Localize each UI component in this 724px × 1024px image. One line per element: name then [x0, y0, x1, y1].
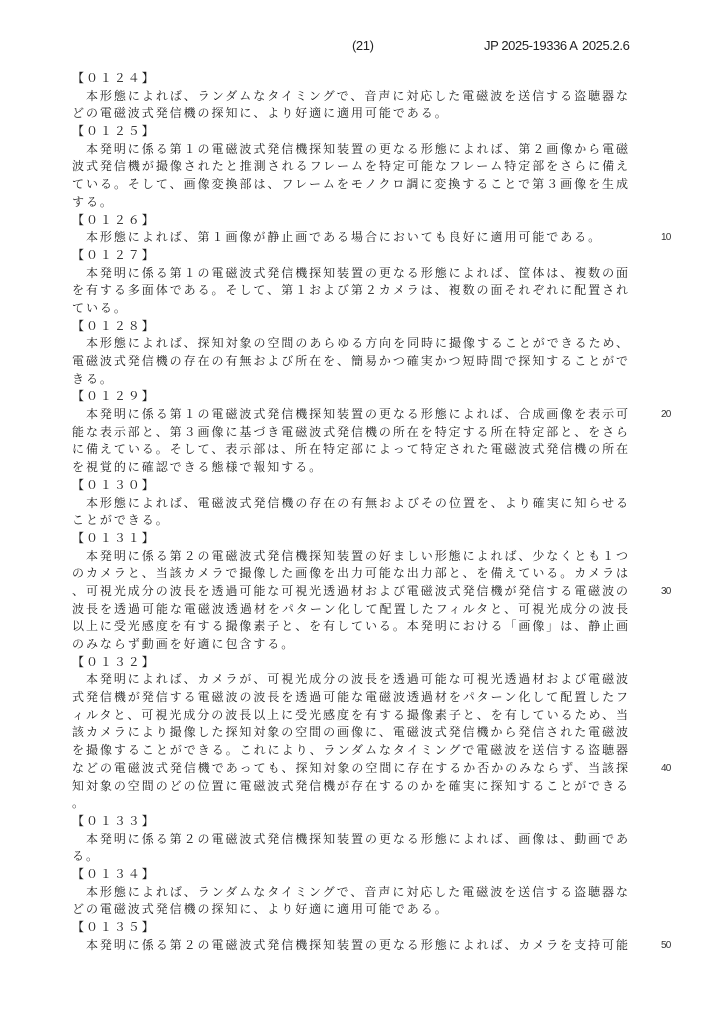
paragraph-0127: 【０１２７】 本発明に係る第１の電磁波式発信機探知装置の更なる形態によれば、筐体…	[72, 247, 630, 318]
paragraph-line: 本発明に係る第２の電磁波式発信機探知装置の更なる形態によれば、画像は、動画であ	[72, 831, 630, 849]
paragraph-line: 、可視光成分の波長を透過可能な可視光透過材および電磁波式発信機が発信する電磁波の	[72, 583, 630, 601]
paragraph-0129: 【０１２９】 本発明に係る第１の電磁波式発信機探知装置の更なる形態によれば、合成…	[72, 388, 630, 476]
paragraph-line: 知対象の空間のどの位置に電磁波式発信機が存在するのかを確実に探知することができる	[72, 778, 630, 796]
paragraph-line: 本発明に係る第１の電磁波式発信機探知装置の更なる形態によれば、筐体は、複数の面	[72, 265, 630, 283]
document-body: 【０１２４】 本形態によれば、ランダムなタイミングで、音声に対応した電磁波を送信…	[72, 70, 630, 954]
paragraph-number: 【０１２８】	[72, 318, 630, 336]
paragraph-line: 本形態によれば、ランダムなタイミングで、音声に対応した電磁波を送信する盗聴器な	[72, 88, 630, 106]
paragraph-line: どの電磁波式発信機の探知に、より好適に適用可能である。	[72, 105, 630, 123]
paragraph-line: ている。	[72, 300, 630, 318]
paragraph-number: 【０１３０】	[72, 477, 630, 495]
paragraph-line: 本発明に係る第２の電磁波式発信機探知装置の更なる形態によれば、カメラを支持可能	[72, 937, 630, 955]
paragraph-line: 本発明に係る第１の電磁波式発信機探知装置の更なる形態によれば、合成画像を表示可	[72, 406, 630, 424]
paragraph-line: に備えている。そして、表示部は、所在特定部によって特定された電磁波式発信機の所在	[72, 441, 630, 459]
paragraph-number: 【０１３１】	[72, 530, 630, 548]
paragraph-line: ィルタと、可視光成分の波長以上に受光感度を有する撮像素子と、を有しているため、当	[72, 707, 630, 725]
paragraph-line: 電磁波式発信機の存在の有無および所在を、簡易かつ確実かつ短時間で探知することがで	[72, 353, 630, 371]
publication-date: 2025.2.6	[582, 38, 629, 54]
margin-line-number-30: 30	[661, 583, 671, 601]
paragraph-number: 【０１２７】	[72, 247, 630, 265]
paragraph-0132: 【０１３２】 本発明によれば、カメラが、可視光成分の波長を透過可能な可視光透過材…	[72, 654, 630, 813]
paragraph-0135: 【０１３５】 本発明に係る第２の電磁波式発信機探知装置の更なる形態によれば、カメ…	[72, 919, 630, 954]
paragraph-0128: 【０１２８】 本形態によれば、探知対象の空間のあらゆる方向を同時に撮像することが…	[72, 318, 630, 389]
paragraph-line: 該カメラにより撮像した探知対象の空間の画像に、電磁波式発信機から発信された電磁波	[72, 724, 630, 742]
paragraph-line: を視覚的に確認できる態様で報知する。	[72, 459, 630, 477]
paragraph-line: ことができる。	[72, 512, 630, 530]
paragraph-0130: 【０１３０】 本形態によれば、電磁波式発信機の存在の有無およびその位置を、より確…	[72, 477, 630, 530]
paragraph-line: る。	[72, 848, 630, 866]
paragraph-line: する。	[72, 194, 630, 212]
paragraph-line: ている。そして、画像変換部は、フレームをモノクロ調に変換することで第３画像を生成	[72, 176, 630, 194]
paragraph-line: を有する多面体である。そして、第１および第２カメラは、複数の面それぞれに配置され	[72, 282, 630, 300]
margin-line-number-20: 20	[661, 406, 671, 424]
paragraph-number: 【０１３５】	[72, 919, 630, 937]
paragraph-number: 【０１３２】	[72, 654, 630, 672]
paragraph-line: 本形態によれば、第１画像が静止画である場合においても良好に適用可能である。	[72, 229, 630, 247]
paragraph-0134: 【０１３４】 本形態によれば、ランダムなタイミングで、音声に対応した電磁波を送信…	[72, 866, 630, 919]
paragraph-0124: 【０１２４】 本形態によれば、ランダムなタイミングで、音声に対応した電磁波を送信…	[72, 70, 630, 123]
paragraph-0125: 【０１２５】 本発明に係る第１の電磁波式発信機探知装置の更なる形態によれば、第２…	[72, 123, 630, 211]
paragraph-line: 本形態によれば、探知対象の空間のあらゆる方向を同時に撮像することができるため、	[72, 335, 630, 353]
paragraph-line: 本発明に係る第２の電磁波式発信機探知装置の好ましい形態によれば、少なくとも１つ	[72, 548, 630, 566]
paragraph-line: 波式発信機が撮像されたと推測されるフレームを特定可能なフレーム特定部をさらに備え	[72, 158, 630, 176]
paragraph-line: 。	[72, 795, 630, 813]
paragraph-line: 式発信機が発信する電磁波の波長を透過可能な電磁波透過材をパターン化して配置したフ	[72, 689, 630, 707]
paragraph-number: 【０１２９】	[72, 388, 630, 406]
page-number: (21)	[352, 38, 374, 54]
paragraph-line: のカメラと、当該カメラで撮像した画像を出力可能な出力部と、を備えている。カメラは	[72, 565, 630, 583]
paragraph-line: きる。	[72, 371, 630, 389]
paragraph-line: 本形態によれば、ランダムなタイミングで、音声に対応した電磁波を送信する盗聴器な	[72, 884, 630, 902]
paragraph-number: 【０１２５】	[72, 123, 630, 141]
paragraph-line: どの電磁波式発信機の探知に、より好適に適用可能である。	[72, 901, 630, 919]
publication-number: JP 2025-19336 A	[484, 38, 578, 54]
margin-line-number-50: 50	[661, 937, 671, 955]
paragraph-0133: 【０１３３】 本発明に係る第２の電磁波式発信機探知装置の更なる形態によれば、画像…	[72, 813, 630, 866]
paragraph-line: 能な表示部と、第３画像に基づき電磁波式発信機の所在を特定する所在特定部と、をさら	[72, 424, 630, 442]
paragraph-number: 【０１３４】	[72, 866, 630, 884]
paragraph-line: などの電磁波式発信機であっても、探知対象の空間に存在するか否かのみならず、当該探	[72, 760, 630, 778]
paragraph-line: を撮像することができる。これにより、ランダムなタイミングで電磁波を送信する盗聴器	[72, 742, 630, 760]
margin-line-number-40: 40	[661, 760, 671, 778]
paragraph-line: のみならず動画を好適に包含する。	[72, 636, 630, 654]
paragraph-line: 本形態によれば、電磁波式発信機の存在の有無およびその位置を、より確実に知らせる	[72, 495, 630, 513]
paragraph-number: 【０１２４】	[72, 70, 630, 88]
paragraph-line: 波長を透過可能な電磁波透過材をパターン化して配置したフィルタと、可視光成分の波長	[72, 601, 630, 619]
paragraph-number: 【０１３３】	[72, 813, 630, 831]
paragraph-0126: 【０１２６】 本形態によれば、第１画像が静止画である場合においても良好に適用可能…	[72, 212, 630, 247]
paragraph-line: 以上に受光感度を有する撮像素子と、を有している。本発明における「画像」は、静止画	[72, 618, 630, 636]
paragraph-line: 本発明に係る第１の電磁波式発信機探知装置の更なる形態によれば、第２画像から電磁	[72, 141, 630, 159]
margin-line-number-10: 10	[661, 229, 671, 247]
paragraph-number: 【０１２６】	[72, 212, 630, 230]
paragraph-0131: 【０１３１】 本発明に係る第２の電磁波式発信機探知装置の好ましい形態によれば、少…	[72, 530, 630, 654]
paragraph-line: 本発明によれば、カメラが、可視光成分の波長を透過可能な可視光透過材および電磁波	[72, 671, 630, 689]
